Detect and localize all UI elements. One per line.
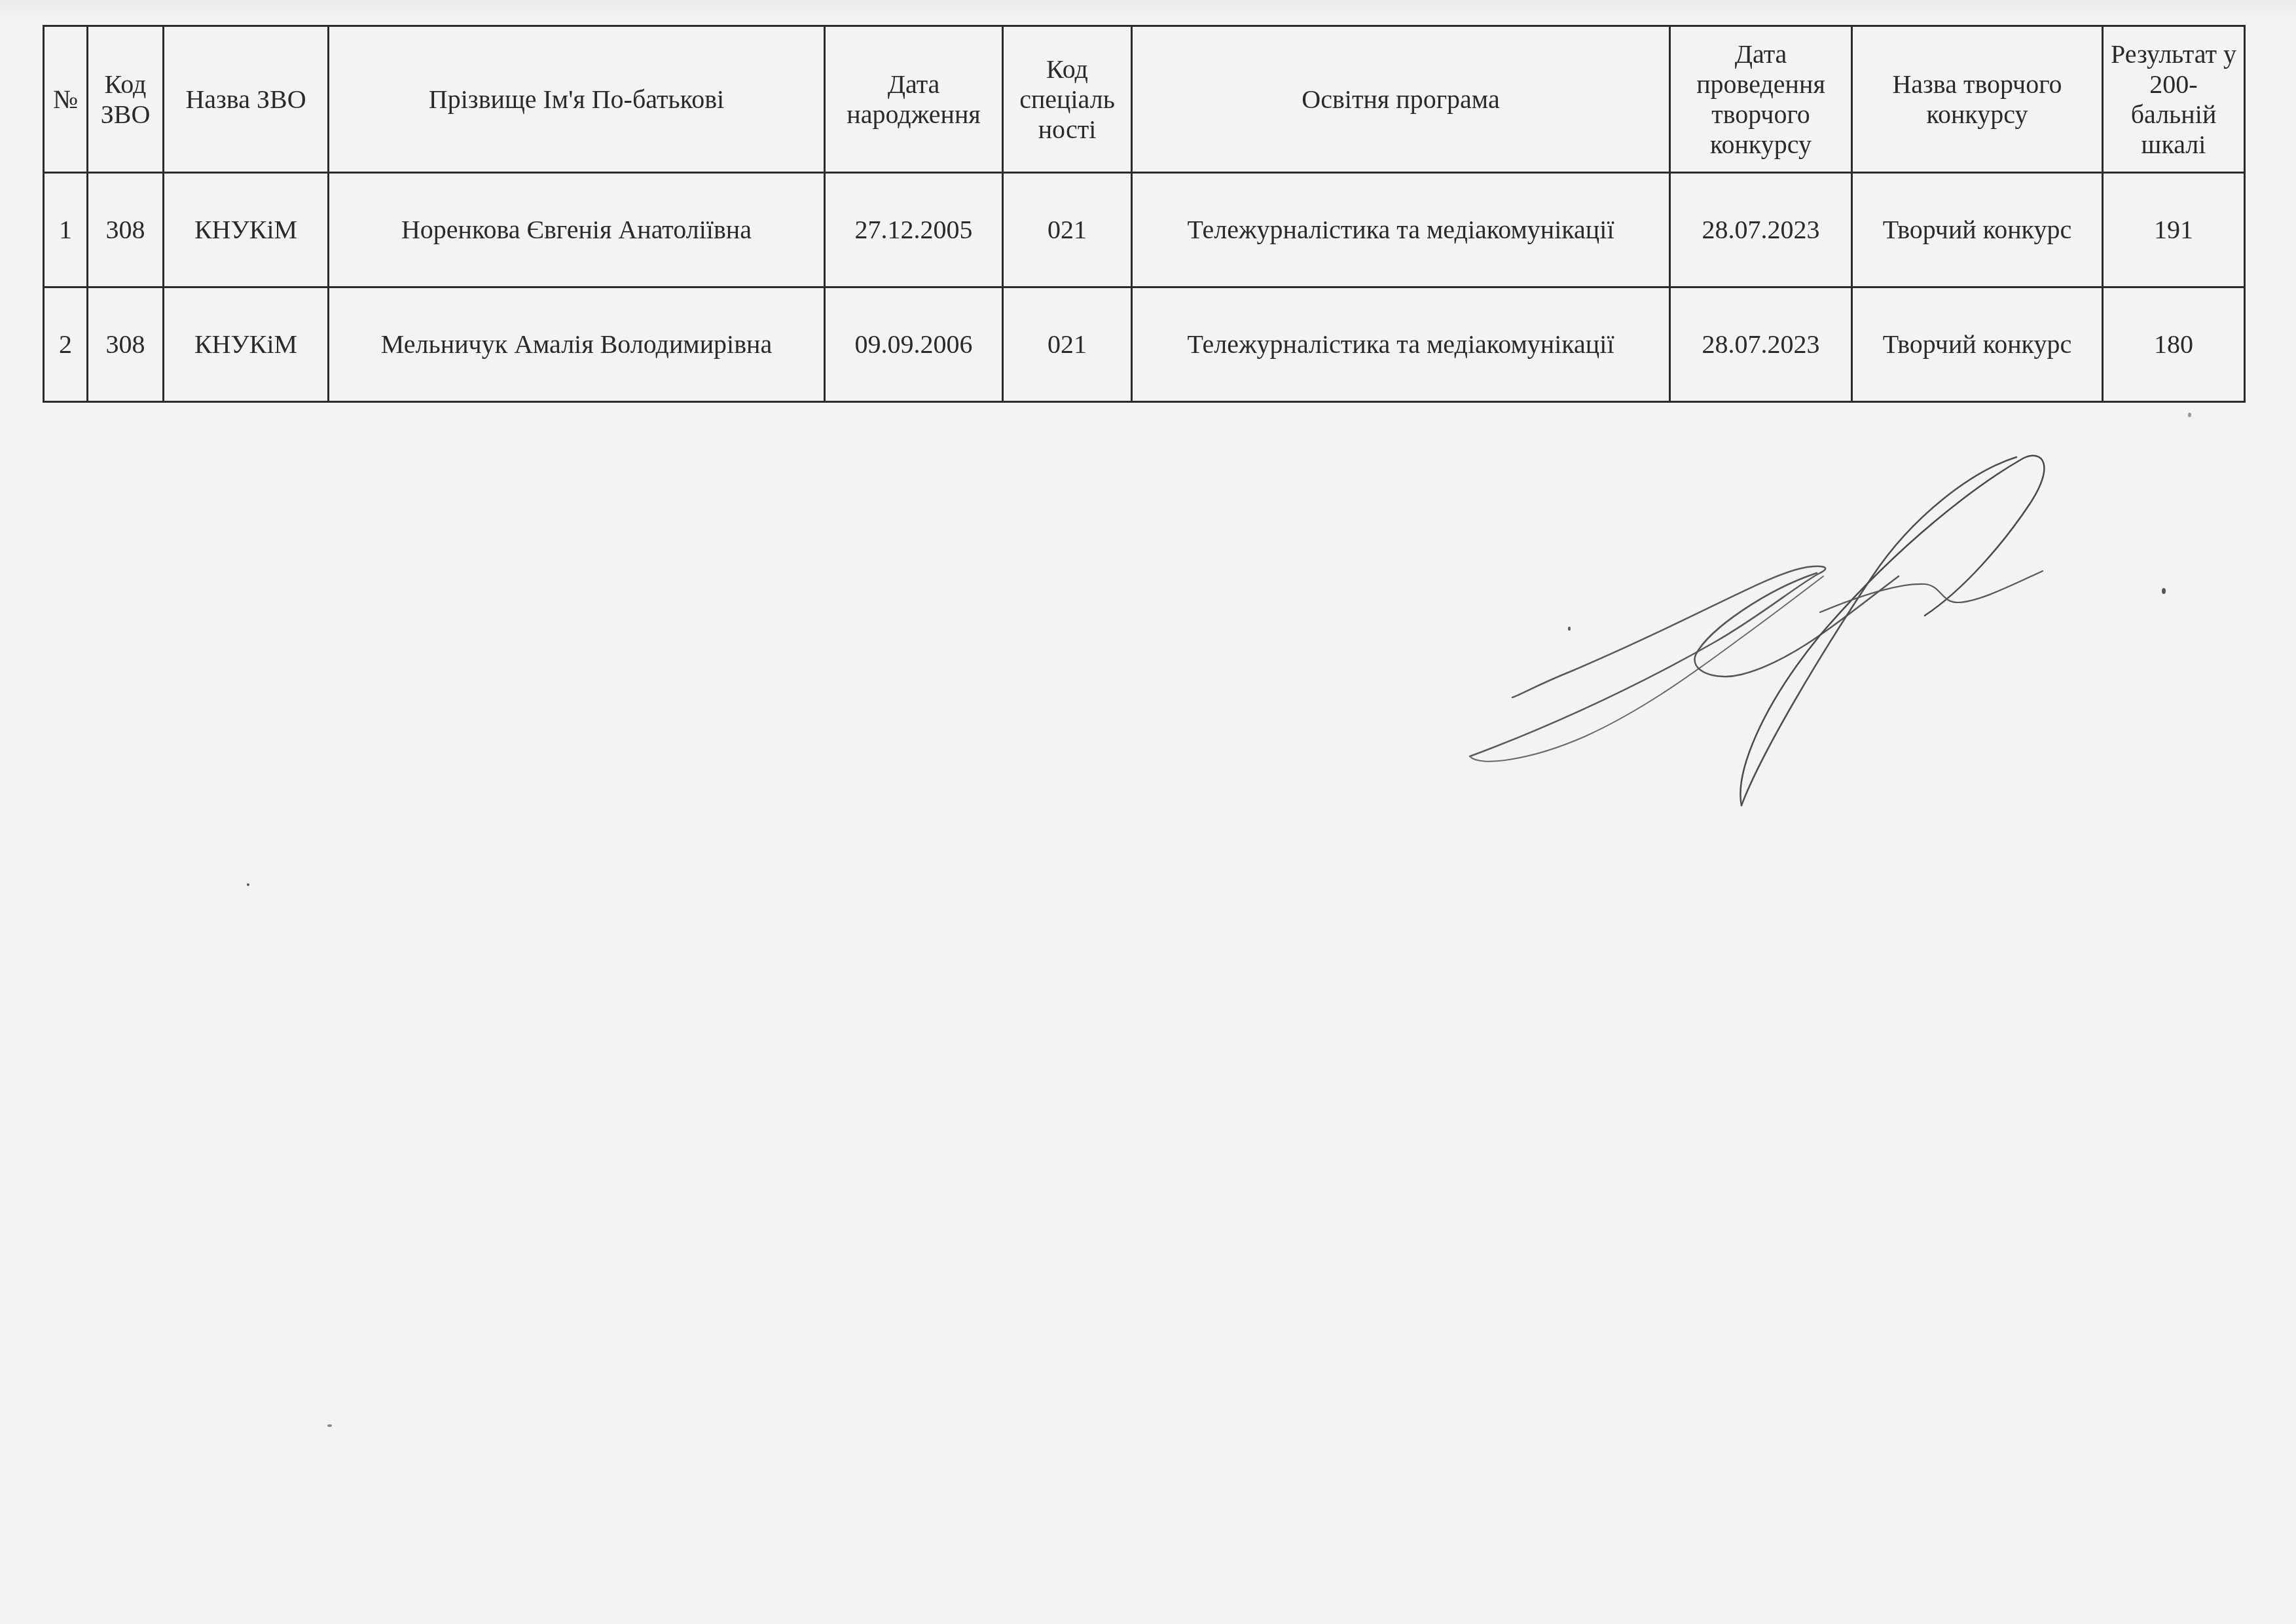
table-row: 2 308 КНУКіМ Мельничук Амалія Володимирі…: [44, 287, 2245, 402]
cell-educational-program: Тележурналістика та медіакомунікації: [1132, 173, 1670, 287]
cell-university-code: 308: [88, 173, 164, 287]
header-specialty-code: Код спеціаль ності: [1003, 26, 1132, 173]
header-university-code: Код ЗВО: [88, 26, 164, 173]
cell-number: 1: [44, 173, 88, 287]
cell-specialty-code: 021: [1003, 173, 1132, 287]
header-educational-program: Освітня програма: [1132, 26, 1670, 173]
header-score: Результат у 200-бальній шкалі: [2103, 26, 2245, 173]
scan-speck: [2188, 413, 2191, 417]
header-full-name: Прізвище Ім'я По-батькові: [329, 26, 825, 173]
header-number: №: [44, 26, 88, 173]
header-contest-date: Дата проведення творчого конкурсу: [1670, 26, 1852, 173]
cell-full-name: Мельничук Амалія Володимирівна: [329, 287, 825, 402]
header-contest-name: Назва творчого конкурсу: [1852, 26, 2103, 173]
cell-university-name: КНУКіМ: [164, 287, 329, 402]
scan-speck: [2162, 588, 2166, 594]
cell-birth-date: 27.12.2005: [825, 173, 1003, 287]
cell-number: 2: [44, 287, 88, 402]
handwritten-signature: [1453, 445, 2187, 838]
cell-birth-date: 09.09.2006: [825, 287, 1003, 402]
header-university-name: Назва ЗВО: [164, 26, 329, 173]
header-birth-date: Дата народження: [825, 26, 1003, 173]
scan-speck: [327, 1424, 332, 1427]
admission-results-table: № Код ЗВО Назва ЗВО Прізвище Ім'я По-бат…: [43, 25, 2246, 403]
scanned-page: № Код ЗВО Назва ЗВО Прізвище Ім'я По-бат…: [0, 0, 2296, 1624]
scan-speck: [247, 883, 249, 886]
cell-university-code: 308: [88, 287, 164, 402]
cell-score: 180: [2103, 287, 2245, 402]
cell-university-name: КНУКіМ: [164, 173, 329, 287]
cell-score: 191: [2103, 173, 2245, 287]
cell-full-name: Норенкова Євгенія Анатоліївна: [329, 173, 825, 287]
cell-contest-date: 28.07.2023: [1670, 173, 1852, 287]
table-row: 1 308 КНУКіМ Норенкова Євгенія Анатоліїв…: [44, 173, 2245, 287]
scan-speck: [1568, 627, 1571, 631]
cell-contest-name: Творчий конкурс: [1852, 173, 2103, 287]
cell-educational-program: Тележурналістика та медіакомунікації: [1132, 287, 1670, 402]
cell-contest-name: Творчий конкурс: [1852, 287, 2103, 402]
cell-specialty-code: 021: [1003, 287, 1132, 402]
cell-contest-date: 28.07.2023: [1670, 287, 1852, 402]
table-header-row: № Код ЗВО Назва ЗВО Прізвище Ім'я По-бат…: [44, 26, 2245, 173]
